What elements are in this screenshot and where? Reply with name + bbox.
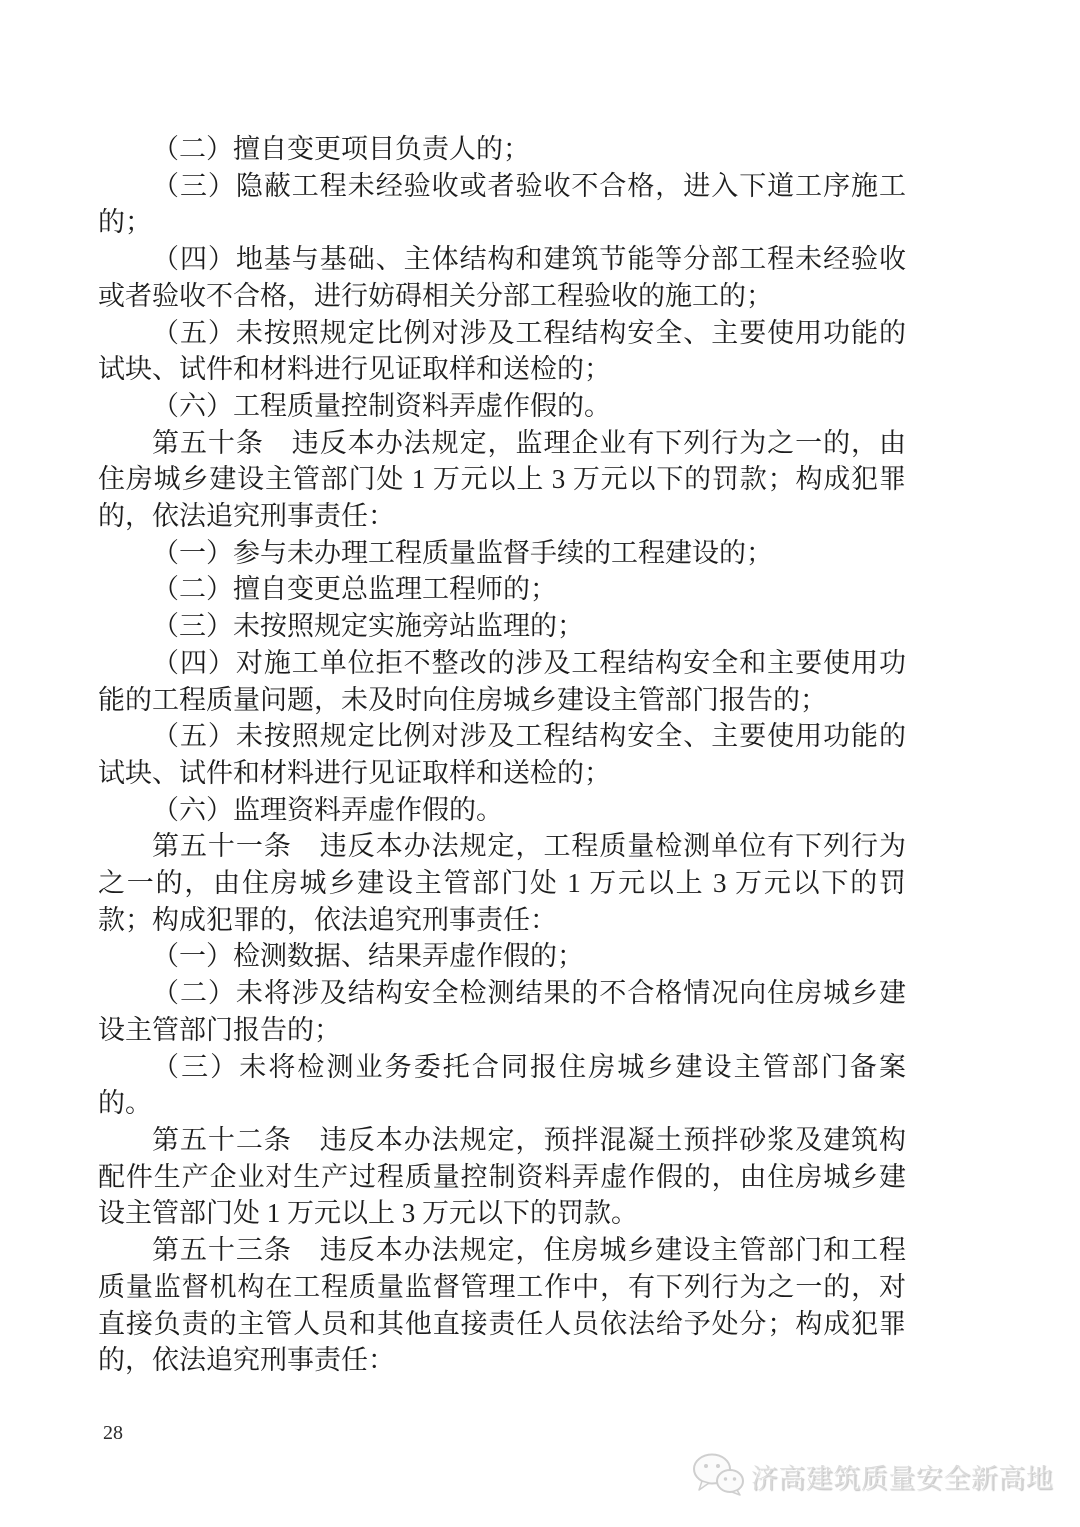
paragraph: （二）擅自变更总监理工程师的； xyxy=(98,571,906,608)
watermark: 济高建筑质量安全新高地 xyxy=(692,1452,1054,1501)
paragraph: （二）未将涉及结构安全检测结果的不合格情况向住房城乡建设主管部门报告的； xyxy=(98,975,906,1048)
paragraph: （四）对施工单位拒不整改的涉及工程结构安全和主要使用功能的工程质量问题，未及时向… xyxy=(98,645,906,718)
document-text-block: （二）擅自变更项目负责人的； （三）隐蔽工程未经验收或者验收不合格，进入下道工序… xyxy=(98,131,906,1379)
paragraph: （三）隐蔽工程未经验收或者验收不合格，进入下道工序施工的； xyxy=(98,168,906,241)
paragraph: （五）未按照规定比例对涉及工程结构安全、主要使用功能的试块、试件和材料进行见证取… xyxy=(98,315,906,388)
paragraph: （四）地基与基础、主体结构和建筑节能等分部工程未经验收或者验收不合格，进行妨碍相… xyxy=(98,241,906,314)
paragraph: 第五十三条 违反本办法规定，住房城乡建设主管部门和工程质量监督机构在工程质量监督… xyxy=(98,1232,906,1379)
paragraph: （五）未按照规定比例对涉及工程结构安全、主要使用功能的试块、试件和材料进行见证取… xyxy=(98,718,906,791)
paragraph: （二）擅自变更项目负责人的； xyxy=(98,131,906,168)
paragraph: （六）工程质量控制资料弄虚作假的。 xyxy=(98,388,906,425)
paragraph: 第五十二条 违反本办法规定，预拌混凝土预拌砂浆及建筑构配件生产企业对生产过程质量… xyxy=(98,1122,906,1232)
paragraph: 第五十一条 违反本办法规定，工程质量检测单位有下列行为之一的，由住房城乡建设主管… xyxy=(98,828,906,938)
watermark-text: 济高建筑质量安全新高地 xyxy=(751,1457,1054,1496)
paragraph: （六）监理资料弄虚作假的。 xyxy=(98,792,906,829)
document-page: （二）擅自变更项目负责人的； （三）隐蔽工程未经验收或者验收不合格，进入下道工序… xyxy=(0,0,1080,1527)
paragraph: （一）参与未办理工程质量监督手续的工程建设的； xyxy=(98,535,906,572)
paragraph: 第五十条 违反本办法规定，监理企业有下列行为之一的，由住房城乡建设主管部门处 1… xyxy=(98,425,906,535)
wechat-icon xyxy=(692,1452,744,1501)
paragraph: （一）检测数据、结果弄虚作假的； xyxy=(98,938,906,975)
page-number: 28 xyxy=(103,1422,123,1445)
paragraph: （三）未按照规定实施旁站监理的； xyxy=(98,608,906,645)
paragraph: （三）未将检测业务委托合同报住房城乡建设主管部门备案的。 xyxy=(98,1049,906,1122)
